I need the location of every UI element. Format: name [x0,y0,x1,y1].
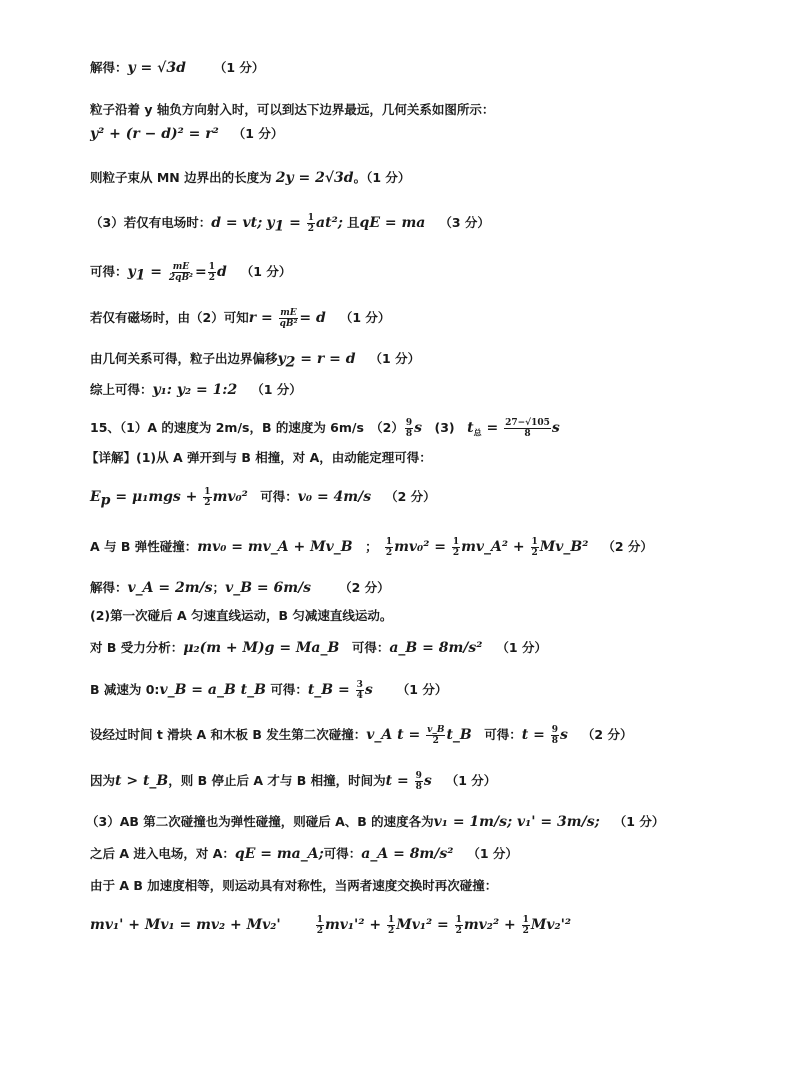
equation: t_B = [308,682,355,698]
numerator: 27−√105 [504,418,551,429]
separator: ； [353,539,384,554]
numerator: 9 [551,725,559,736]
denominator: 8 [523,429,531,439]
equation: v_B = 6m/s [225,580,311,596]
label: B 减速为 0: [90,682,159,697]
denominator: 2 [452,548,460,558]
equation: y [278,351,286,367]
equals: = [195,264,207,280]
label: 设经过时间 t 滑块 A 和木板 B 发生第二次碰撞： [90,727,366,742]
equation: = r = d [295,351,355,367]
numerator: 1 [452,537,460,548]
denominator: 2 [307,224,315,234]
unit: s [414,420,422,436]
label: 且 [347,215,360,230]
fraction: 12 [522,915,530,936]
numerator: 9 [405,418,413,429]
fraction: 12 [316,915,324,936]
score: （1 分） [397,682,448,697]
equation: t = [386,773,414,789]
score: （1 分） [214,60,265,75]
detail-heading: 【详解】(1)从 A 弹开到与 B 相撞，对 A，由动能定理可得： [86,448,432,468]
solution-line-y: 解得：y = √3d（1 分） [90,58,264,79]
deceleration-line: B 减速为 0:v_B = a_B t_B 可得：t_B = 34s（1 分） [90,680,447,701]
fraction: 98 [405,418,413,439]
equation: d [217,264,227,280]
subscript: 1 [136,268,146,284]
denominator: 2 [316,926,324,936]
equation: r = [249,310,278,326]
equals: = [145,264,166,280]
label: 若仅有磁场时，由（2）可知 [90,310,249,325]
equation: t_B [446,727,471,743]
score: （2 分） [582,727,633,742]
equation: μ₂(m + M)g = Ma_B [183,640,339,656]
label: 可得： [324,846,362,861]
numerator: 1 [203,487,211,498]
equation: y₁: y₂ = 1:2 [153,382,238,398]
numerator: 1 [387,915,395,926]
fraction: 12 [455,915,463,936]
velocities-result-line: 解得：v_A = 2m/s；v_B = 6m/s（2 分） [90,578,390,599]
fraction: 34 [356,680,364,701]
equation: v_A = 2m/s [128,580,213,596]
numerator: 1 [455,915,463,926]
equation: = [284,215,305,231]
fraction: 12 [452,537,460,558]
electric-field-line: （3）若仅有电场时：d = vt; y1 = 12at²; 且qE = ma（3… [90,213,490,237]
equation: v_B = a_B t_B [159,682,266,698]
equation: E [90,489,101,505]
subscript: 总 [474,429,482,438]
label: 可得： [266,682,308,697]
result-y1-line: 可得：y1 = mE2qB²=12d（1 分） [90,262,291,286]
numerator: 3 [356,680,364,691]
label: 15、（1）A 的速度为 2m/s，B 的速度为 6m/s （2） [90,420,404,435]
score: （1 分） [614,814,665,829]
score: （2 分） [602,539,653,554]
denominator: 2 [203,498,211,508]
fraction: 12 [208,262,216,283]
equation: mv₁' + Mv₁ = mv₂ + Mv₂' [90,917,281,933]
beam-length-line: 则粒子束从 MN 边界出的长度为 2y = 2√3d。（1 分） [90,168,410,189]
score: （1 分） [241,264,292,279]
denominator: 2qB² [168,273,194,283]
unit: s [424,773,432,789]
equation: v₁ = 1m/s; v₁' = 3m/s; [434,814,600,830]
fraction: 27−√1058 [504,418,551,439]
question-15-answer-line: 15、（1）A 的速度为 2m/s，B 的速度为 6m/s （2）98s (3)… [90,418,560,444]
equation: d = vt; [211,215,262,231]
score: （2 分） [339,580,390,595]
unit: s [560,727,568,743]
numerator: 1 [316,915,324,926]
label: 解得： [90,60,128,75]
equation: t = [522,727,550,743]
denominator: 2 [522,926,530,936]
energy-line: Ep = μ₁mgs + 12mv₀² 可得：v₀ = 4m/s（2 分） [90,487,436,511]
fraction: 12 [531,537,539,558]
equation: y = √3d [128,60,186,76]
equation: mv₀ = mv_A + Mv_B [197,539,352,555]
score: （1 分） [370,351,421,366]
label: 因为 [90,773,115,788]
equation: at²; [316,215,343,231]
ratio-line: 综上可得：y₁: y₂ = 1:2（1 分） [90,380,302,401]
equation: Mv₁² = [396,917,453,933]
denominator: 2 [208,273,216,283]
equation: = d [299,310,325,326]
fraction: mEqB² [279,308,299,329]
separator: ； [213,580,226,595]
numerator: mE [279,308,297,319]
text-line: (2)第一次碰后 A 匀速直线运动，B 匀减速直线运动。 [90,606,392,626]
score: （1 分） [340,310,391,325]
label: 可得： [339,640,389,655]
label: 可得： [248,489,298,504]
equation: = μ₁mgs + [110,489,202,505]
fraction: 12 [203,487,211,508]
score: （1 分） [496,640,547,655]
equation: y [128,264,136,280]
label: 解得： [90,580,128,595]
score: （1 分） [467,846,518,861]
score: （3 分） [439,215,490,230]
equation: mv_A² + [461,539,529,555]
denominator: 2 [385,548,393,558]
label: A 与 B 弹性碰撞： [90,539,197,554]
equation: 2y = 2√3d [276,170,354,186]
fraction: 98 [551,725,559,746]
equation: mv₀² [213,489,248,505]
denominator: 4 [356,691,364,701]
label: （3）AB 第二次碰撞也为弹性碰撞，则碰后 A、B 的速度各为 [86,814,434,829]
denominator: 8 [405,429,413,439]
denominator: 8 [415,782,423,792]
subscript: 1 [275,219,285,235]
unit: s [552,420,560,436]
unit: s [365,682,373,698]
denominator: qB² [279,319,299,329]
magnetic-field-line: 若仅有磁场时，由（2）可知r = mEqB²= d（1 分） [90,308,390,329]
score: （1 分） [233,126,284,141]
force-analysis-line: 对 B 受力分析：μ₂(m + M)g = Ma_B 可得：a_B = 8m/s… [90,638,547,659]
score: 。（1 分） [354,170,411,185]
second-collision-line: 设经过时间 t 滑块 A 和木板 B 发生第二次碰撞：v_A t = v_B2t… [90,725,632,746]
label: 可得： [472,727,522,742]
equation: y² + (r − d)² = r² [90,126,219,142]
fraction: v_B2 [426,725,445,746]
numerator: v_B [426,725,445,736]
label: 则粒子束从 MN 边界出的长度为 [90,170,272,185]
label: 对 B 受力分析： [90,640,183,655]
text-line: 由于 A B 加速度相等，则运动具有对称性，当两者速度交换时再次碰撞： [90,876,497,896]
denominator: 2 [432,736,440,746]
denominator: 2 [531,548,539,558]
label: 可得： [90,264,128,279]
text-line: 粒子沿着 y 轴负方向射入时，可以到达下边界最远，几何关系如图所示： [90,100,494,120]
equals: = [482,420,503,436]
fraction: 98 [415,771,423,792]
equation: y [266,215,274,231]
label: （3）若仅有电场时： [90,215,211,230]
equation-line: y² + (r − d)² = r²（1 分） [90,124,283,145]
equation: mv₂² + [464,917,521,933]
numerator: mE [172,262,190,273]
label: 综上可得： [90,382,153,397]
denominator: 2 [387,926,395,936]
offset-y2-line: 由几何关系可得，粒子出边界偏移y2 = r = d（1 分） [90,349,420,373]
score: （1 分） [251,382,302,397]
equation: a_A = 8m/s² [361,846,453,862]
subscript: 2 [286,355,296,371]
subscript: p [101,493,111,509]
numerator: 9 [415,771,423,782]
equation: t > t_B [115,773,168,789]
equation: qE = ma [360,215,426,231]
fraction: 12 [387,915,395,936]
label: ，则 B 停止后 A 才与 B 相撞，时间为 [168,773,385,788]
electric-field-entry-line: 之后 A 进入电场，对 A：qE = ma_A;可得：a_A = 8m/s²（1… [90,844,518,865]
numerator: 1 [307,213,315,224]
fraction: 12 [307,213,315,234]
equation: a_B = 8m/s² [389,640,482,656]
fraction: 12 [385,537,393,558]
score: （2 分） [385,489,436,504]
collision-line: A 与 B 弹性碰撞：mv₀ = mv_A + Mv_B ； 12mv₀² = … [90,537,653,558]
score: （1 分） [446,773,497,788]
denominator: 2 [455,926,463,936]
label: 由几何关系可得，粒子出边界偏移 [90,351,278,366]
part3-collision-line: （3）AB 第二次碰撞也为弹性碰撞，则碰后 A、B 的速度各为v₁ = 1m/s… [86,812,664,833]
denominator: 8 [551,736,559,746]
numerator: 1 [531,537,539,548]
equation: qE = ma_A; [235,846,324,862]
equation: mv₁'² + [325,917,386,933]
equation: Mv_B² [540,539,589,555]
numerator: 1 [522,915,530,926]
equation: v_A t = [366,727,425,743]
momentum-energy-line: mv₁' + Mv₁ = mv₂ + Mv₂'12mv₁'² + 12Mv₁² … [90,915,571,936]
fraction: mE2qB² [168,262,194,283]
numerator: 1 [208,262,216,273]
label: (3) [422,420,467,435]
numerator: 1 [385,537,393,548]
equation: Mv₂'² [531,917,571,933]
time-conclusion-line: 因为t > t_B，则 B 停止后 A 才与 B 相撞，时间为t = 98s（1… [90,771,496,792]
equation: v₀ = 4m/s [298,489,371,505]
equation: mv₀² = [394,539,451,555]
label: 之后 A 进入电场，对 A： [90,846,235,861]
